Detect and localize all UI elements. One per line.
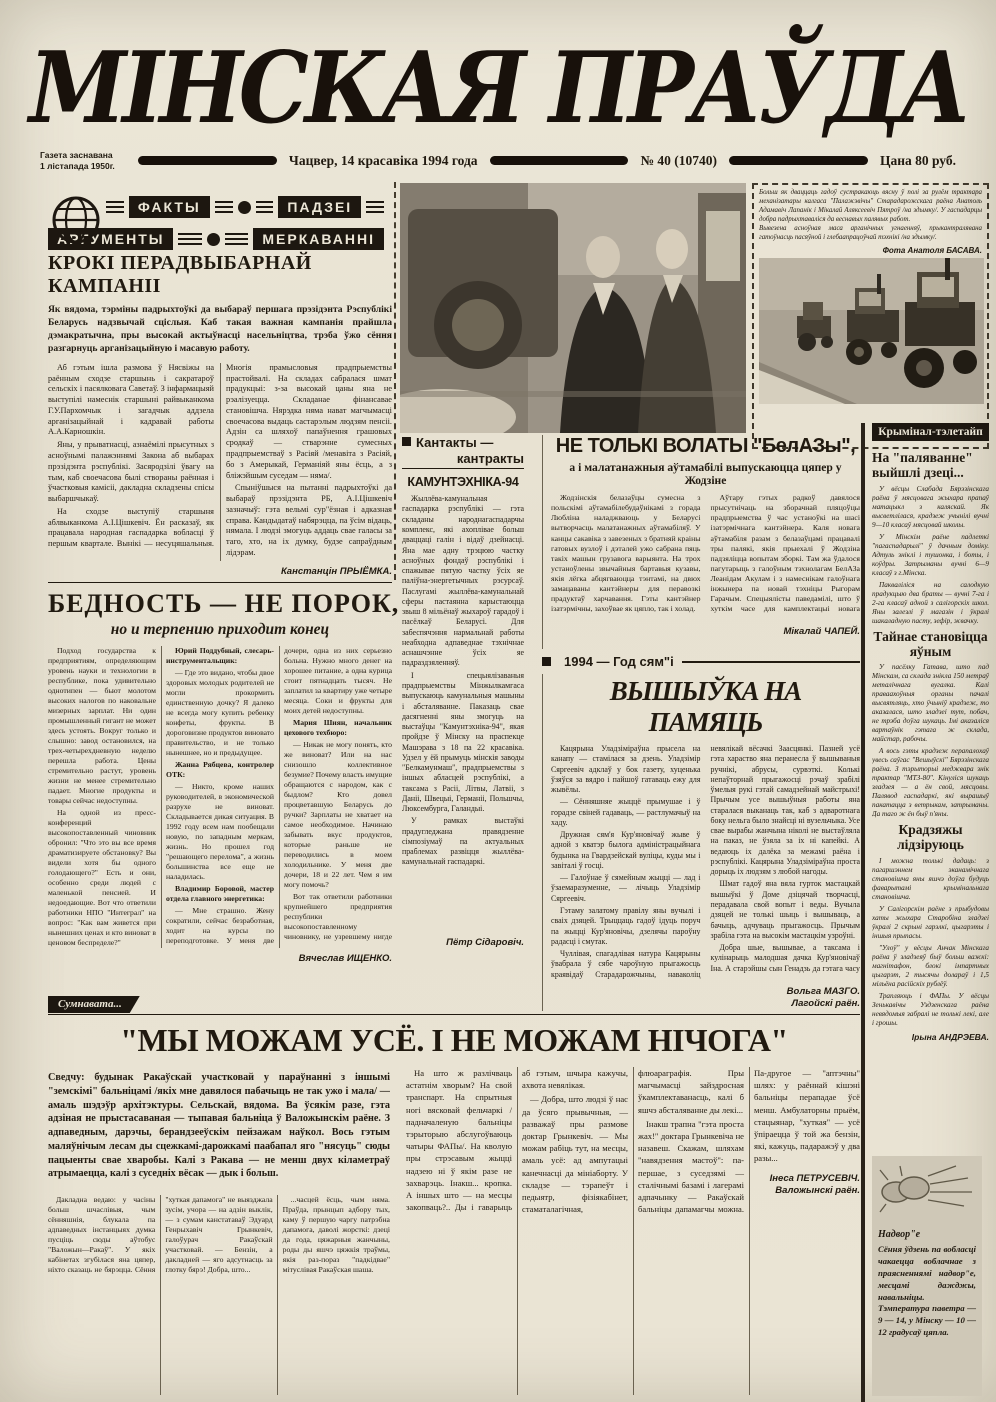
price: Цана 80 руб. xyxy=(880,153,956,169)
newspaper-title: МІНСКАЯ ПРАЎДА xyxy=(0,0,996,137)
sidebar-header: Крымінал-тэлетайп xyxy=(872,423,989,441)
stripe-lines xyxy=(256,201,274,214)
article-body: Жодзінскія белазаўцы сумесна з польскімі… xyxy=(551,493,860,621)
article-body: Кацярына Уладзіміраўна прысела на канапу… xyxy=(551,744,860,982)
weather-box: Надвор"е Сёння ўдзень па вобласці чакаец… xyxy=(872,1156,982,1396)
sun-cloud-icon xyxy=(878,1162,974,1220)
byline: Вольга МАЗГО. Лагойскі раён. xyxy=(551,986,860,1011)
paragraph: ...часцей ёсць, чым няма. Праўда, прынцы… xyxy=(283,1195,390,1275)
article-we-can-everything: "МЫ МОЖАМ УСЁ. І НЕ МОЖАМ НІЧОГА" Сведчу… xyxy=(48,1020,860,1402)
article-headline: НЕ ТОЛЬКІ ВОЛАТЫ "БелАЗы", xyxy=(551,435,860,458)
article-headline: КРОКІ ПЕРАДВЫБАРНАЙ КАМПАНІІ xyxy=(48,252,392,298)
banner-word-facts: ФАКТЫ xyxy=(129,196,210,218)
banner-word-opinions: МЕРКАВАННІ xyxy=(253,228,384,250)
dateline: Газета заснавана 1 лістапада 1950г. Чацв… xyxy=(40,150,956,171)
paragraph: Яны, у прыватнасці, азнаёмілі прысутных … xyxy=(48,440,214,505)
paragraph: — Сённяшняе жыццё прымушае і ў горадзе с… xyxy=(551,797,701,828)
paragraph: Жыллёва-камунальная гаспадарка рэспублік… xyxy=(402,494,524,669)
founded-line2: 1 лістапада 1950г. xyxy=(40,161,115,171)
divider-bar xyxy=(138,156,277,165)
stripe-lines xyxy=(106,201,124,214)
article-columns-left: Дакладна ведаю: у часіны больш шчаслівыя… xyxy=(48,1195,390,1395)
speaker-name: Владимир Боровой, мастер отдела главного… xyxy=(166,884,274,904)
paragraph: — Галоўнае ў сямейным жыцці — лад і ўзае… xyxy=(551,873,701,904)
article-belaz: НЕ ТОЛЬКІ ВОЛАТЫ "БелАЗы", а і малатанаж… xyxy=(542,435,860,649)
paragraph: У рамках выстаўкі прадугледжана правядзе… xyxy=(402,816,524,867)
paragraph: У Мінскім раёне падлеткі "пагаспадарылі"… xyxy=(872,533,989,578)
divider-bar xyxy=(729,156,868,165)
article-embroidery: ВЫШЫЎКА НА ПАМЯЦЬ Кацярына Уладзіміраўна… xyxy=(542,674,860,1011)
article-subhead: а і малатанажныя аўтамабілі выпускаюцца … xyxy=(551,461,860,487)
section-rule xyxy=(48,1014,860,1015)
stripe-lines xyxy=(366,201,384,214)
speaker-name: Мария Шиян, начальник цехового техбюро: xyxy=(284,718,392,738)
issue-number: № 40 (10740) xyxy=(640,153,717,169)
paragraph: "Улоў" у вёсцы Анчак Мінскага раёна ў зл… xyxy=(872,944,989,989)
byline-region: Валожынскі раён. xyxy=(775,1185,860,1196)
founded-line1: Газета заснавана xyxy=(40,150,113,160)
photo-caption-1: Больш як дваццаць гадоў сустракаюць вясн… xyxy=(759,189,982,225)
section-rule xyxy=(682,661,860,663)
paragraph: На одной из пресс-конференций высокопост… xyxy=(48,808,156,948)
article-headline: КАМУНТЭХНІКА-94 xyxy=(402,475,524,489)
article-body: Подход государства к предприятиям, опред… xyxy=(48,646,392,948)
paragraph: А вось гэты крадзеж перапалохаў увесь са… xyxy=(872,747,989,819)
byline-name: Вольга МАЗГО. xyxy=(787,986,860,997)
rubric-label-sad: Сумнавата... xyxy=(48,996,140,1013)
paragraph: Аб гэтым ішла размова ў Нясвіжы на раённ… xyxy=(48,363,214,438)
sidebar-headline-thefts-lead: Крадзяжы лідзіруюць xyxy=(872,823,989,853)
paragraph: Гэтаму залатому правілу яны вучылі і сва… xyxy=(551,906,701,947)
divider-bar xyxy=(490,156,629,165)
photo-credit: Фота Анатоля БАСАВА. xyxy=(759,246,982,255)
paragraph: Трапляюць і ФАПы. У вёсцы Зенькавічы Узд… xyxy=(872,992,989,1028)
article-body: Аб гэтым ішла размова ў Нясвіжы на раённ… xyxy=(48,363,392,561)
weather-forecast: Сёння ўдзень па вобласці чакаецца воблач… xyxy=(878,1244,976,1339)
section-contacts: Кантакты — кантракты xyxy=(402,435,524,469)
paragraph: Аўтару гэтых радкоў давялося прысутнічац… xyxy=(711,493,861,621)
column-divider-dashed xyxy=(394,182,396,580)
byline: Канстанцін ПРЫЁМКА. xyxy=(48,566,392,577)
article-subhead: но и терпению приходит конец xyxy=(48,621,392,639)
photo-two-mechanics xyxy=(400,183,746,433)
article-headline: БЕДНОСТЬ — НЕ ПОРОК, xyxy=(48,589,392,619)
sidebar-article-body: І можна толькі дадаць: з пагаршэннем эка… xyxy=(872,857,989,1028)
banner-row-1: ФАКТЫ ПАДЗЕІ xyxy=(106,194,384,220)
paragraph: Кацярына Уладзіміраўна прысела на канапу… xyxy=(551,744,701,795)
speaker-name: Жанна Рябцева, контролер ОТК: xyxy=(166,760,274,780)
founded-note: Газета заснавана 1 лістапада 1950г. xyxy=(40,150,126,171)
section-label: 1994 — Год сям"і xyxy=(564,654,674,669)
byline-region: Лагойскі раён. xyxy=(792,998,861,1009)
paragraph: Жодзінскія белазаўцы сумесна з польскімі… xyxy=(551,493,701,615)
paragraph: Пакваліліся на салодкую прадукцыю два бр… xyxy=(872,581,989,626)
section-line2: кантракты xyxy=(402,451,524,470)
newspaper-page: МІНСКАЯ ПРАЎДА Газета заснавана 1 лістап… xyxy=(0,0,996,1402)
square-bullet-icon xyxy=(402,437,411,446)
paragraph: У пасёлку Гатава, што пад Мінскам, са ск… xyxy=(872,663,989,744)
issue-date: Чацвер, 14 красавіка 1994 года xyxy=(289,153,478,169)
paragraph: Шмат гадоў яна вяла гурток мастацкай выш… xyxy=(711,879,861,941)
quote: — Где это видано, чтобы двое здоровых мо… xyxy=(166,668,274,758)
paragraph: У Салігорскім раёне з прыбудовы хаты жых… xyxy=(872,905,989,941)
photo-caption-box: Больш як дваццаць гадоў сустракаюць вясн… xyxy=(752,183,989,449)
article-lead: Як вядома, тэрміны падрыхтоўкі да выбара… xyxy=(48,304,392,356)
article-body: Сведчу: будынак Ракаўскай участковай у п… xyxy=(48,1067,860,1395)
photo-caption-2: Вывезена асноўная маса арганічных угнаен… xyxy=(759,225,982,243)
paragraph: І спецыялізаваныя прадпрыемствы Мінжылка… xyxy=(402,671,524,815)
banner-word-events: ПАДЗЕІ xyxy=(278,196,361,218)
article-headline: "МЫ МОЖАМ УСЁ. І НЕ МОЖАМ НІЧОГА" xyxy=(48,1022,860,1059)
photo-tractors xyxy=(759,258,982,404)
sidebar-headline-children-hunt: На "паляванне" выйшлі дзеці... xyxy=(872,451,989,481)
sidebar-article-body: У вёсцы Слабада Бярэзінскага раёна ў мяс… xyxy=(872,485,989,626)
byline: Вячеслав ИЩЕНКО. xyxy=(48,953,392,964)
square-bullet-icon xyxy=(542,657,551,666)
facts-banner: ФАКТЫ ПАДЗЕІ АРГУМЕНТЫ МЕРКАВАННІ xyxy=(48,194,384,254)
paragraph: І можна толькі дадаць: з пагаршэннем эка… xyxy=(872,857,989,902)
paragraph: Дакладна ведаю: у часіны больш шчаслівыя… xyxy=(48,1195,273,1276)
paragraph: У вёсцы Слабада Бярэзінскага раёна ў мяс… xyxy=(872,485,989,530)
sidebar-headline-secret-revealed: Тайнае становіцца яўным xyxy=(872,630,989,660)
globe-icon xyxy=(50,194,102,251)
byline: Пётр Сідаровіч. xyxy=(402,937,524,948)
quote: — Никто, кроме наших руководителей, в эк… xyxy=(166,782,274,882)
byline: Мікалай ЧАПЕЙ. xyxy=(551,626,860,637)
article-columns-right: На што ж разлічваць астатнім хворым? На … xyxy=(406,1067,860,1395)
byline-name: Інеса ПЕТРУСЕВІЧ. xyxy=(770,1173,860,1184)
byline: Інеса ПЕТРУСЕВІЧ. Валожынскі раён. xyxy=(754,1173,860,1198)
article-kamuntekhnika: Кантакты — кантракты КАМУНТЭХНІКА-94 Жыл… xyxy=(402,435,530,983)
stripe-lines xyxy=(215,201,233,214)
dot-icon xyxy=(207,233,220,246)
paragraph: Дружная сям'я Кур'яновічаў жыве ў адной … xyxy=(551,830,701,871)
byline: Ірына АНДРЭЕВА. xyxy=(872,1032,989,1042)
page-content: ФАКТЫ ПАДЗЕІ АРГУМЕНТЫ МЕРКАВАННІ КРОКІ … xyxy=(0,180,996,1402)
article-poverty: БЕДНОСТЬ — НЕ ПОРОК, но и терпению прихо… xyxy=(48,582,392,964)
quote: — Никак не могу понять, кто же виноват? … xyxy=(284,740,392,890)
section-year-of-family: 1994 — Год сям"і xyxy=(542,654,860,669)
sidebar-article-body: У пасёлку Гатава, што пад Мінскам, са ск… xyxy=(872,663,989,819)
sidebar-articles: На "паляванне" выйшлі дзеці... У вёсцы С… xyxy=(872,447,989,1135)
article-body: Жыллёва-камунальная гаспадарка рэспублік… xyxy=(402,494,524,932)
stripe-lines xyxy=(178,233,201,246)
article-lead: Сведчу: будынак Ракаўскай участковай у п… xyxy=(48,1071,390,1181)
paragraph: Подход государства к предприятиям, опред… xyxy=(48,646,156,806)
stripe-lines xyxy=(225,233,248,246)
crime-teletype-sidebar: Крымінал-тэлетайп На "паляванне" выйшлі … xyxy=(861,423,989,1402)
paragraph: Спыніўшыся на пытанні падрыхтоўкі да выб… xyxy=(226,483,392,558)
masthead: МІНСКАЯ ПРАЎДА Газета заснавана 1 лістап… xyxy=(0,0,996,122)
speaker-name: Юрий Поддубный, слесарь-инструментальщик… xyxy=(166,646,274,666)
section-line1: Кантакты — xyxy=(416,435,493,450)
weather-title: Надвор"е xyxy=(878,1229,976,1240)
article-headline: ВЫШЫЎКА НА ПАМЯЦЬ xyxy=(551,676,860,738)
dot-icon xyxy=(238,201,251,214)
article-election-campaign: КРОКІ ПЕРАДВЫБАРНАЙ КАМПАНІІ Як вядома, … xyxy=(48,252,392,577)
